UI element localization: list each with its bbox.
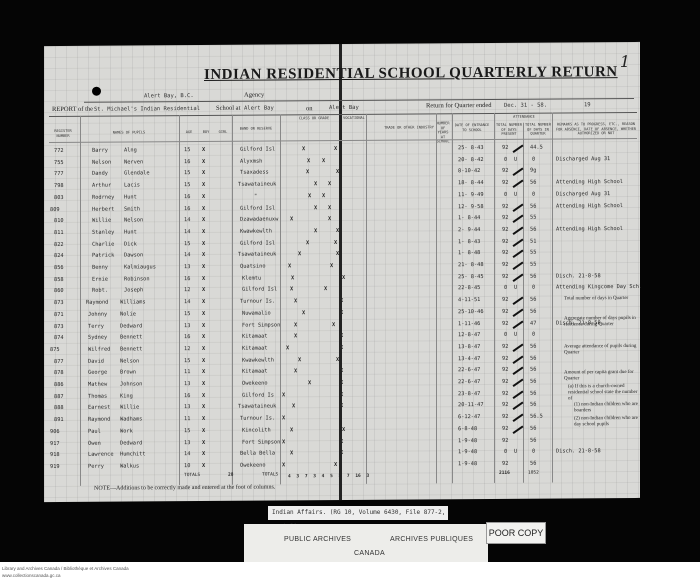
- year-suffix: 19: [584, 102, 591, 108]
- summary-aggregate-days: Aggregate number of days pupils in resid…: [564, 316, 638, 329]
- credit-line-1: Library and Archives Canada / Bibliothèq…: [2, 566, 129, 571]
- agency-value: Alert Bay, B.C.: [144, 93, 194, 99]
- report-value: St. Michael's Indian Residential: [94, 106, 200, 113]
- header-vocational: Vocational: [342, 116, 366, 121]
- agency-label: Agency: [244, 92, 264, 99]
- summary-nonindian-boarders: (1) non-Indian children who are boarders: [574, 402, 638, 414]
- header-names: Names of Pupils: [89, 130, 169, 135]
- school-at-label: School at: [216, 105, 240, 112]
- totals-present: 2116: [499, 471, 510, 476]
- poor-copy-stamp: POOR COPY: [486, 522, 546, 544]
- document-page: 1 INDIAN RESIDENTIAL SCHOOL QUARTERLY RE…: [44, 42, 640, 502]
- stamp-right: ARCHIVES PUBLIQUES: [390, 536, 473, 543]
- punch-hole: [92, 87, 101, 96]
- totals-label: TOTALS: [184, 473, 200, 478]
- totals-grades: 4 3 7 3 4 5 5 7 16 3: [288, 474, 369, 480]
- archives-stamp: PUBLIC ARCHIVES ARCHIVES PUBLIQUES CANAD…: [244, 524, 488, 564]
- summary-per-capita: Amount of per capita grant due for Quart…: [564, 370, 638, 383]
- header-att-total: Total number of days present: [496, 123, 522, 137]
- totals-days: 1052: [528, 471, 539, 476]
- footnote: NOTE—Additions to be correctly made and …: [94, 484, 275, 491]
- credit-line-2: www.collectionscanada.gc.ca: [2, 573, 61, 578]
- pupil-table: 772BarryAlng15XGilford IslXX25- 8-439244…: [44, 142, 640, 146]
- header-attendance: Attendance: [494, 115, 554, 120]
- quarter-label: Return for Quarter ended: [426, 102, 492, 109]
- summary-average-attendance: Average attendance of pupils during Quar…: [564, 344, 638, 357]
- on-value: Alert Bay: [329, 105, 359, 111]
- archival-reference: Indian Affairs. (RG 10, Volume 6430, Fil…: [268, 506, 448, 520]
- school-at-value: Alert Bay: [244, 105, 274, 111]
- quarter-value: Dec. 31 - 58.: [504, 103, 547, 109]
- on-label: on: [306, 105, 313, 112]
- header-years: Number of years at school: [436, 121, 450, 144]
- header-register: Register Number: [48, 129, 78, 138]
- summary-days-in-quarter: Total number of days in Quarter: [564, 296, 638, 303]
- stamp-center: CANADA: [354, 550, 385, 557]
- totals-boys: 28: [228, 473, 233, 478]
- page-title: INDIAN RESIDENTIAL SCHOOL QUARTERLY RETU…: [204, 64, 618, 84]
- stamp-left: PUBLIC ARCHIVES: [284, 536, 351, 543]
- header-age: Age: [182, 130, 196, 135]
- summary-church-note: (a) If this is a church-owned residentia…: [568, 384, 638, 402]
- header-att-days: Total number of days in quarter: [524, 123, 552, 137]
- header-girl: Girl: [216, 130, 230, 135]
- credit-bar: Library and Archives Canada / Bibliothèq…: [0, 562, 700, 586]
- page-number: 1: [620, 52, 630, 71]
- totals-label-2: TOTALS: [262, 472, 278, 477]
- header-band: Band or Reserve: [236, 126, 276, 131]
- header-boy: Boy: [199, 130, 213, 135]
- header-remarks: Remarks as to Progress, etc., Reason for…: [554, 122, 638, 136]
- report-label: REPORT of the: [52, 106, 93, 113]
- header-trade: Trade or Other Industry: [384, 125, 434, 130]
- header-date-entrance: Date of Entrance to School: [454, 123, 490, 132]
- summary-nonindian-day: (2) non-Indian children who are day scho…: [574, 416, 638, 428]
- header-class: Class or Grade: [284, 116, 344, 121]
